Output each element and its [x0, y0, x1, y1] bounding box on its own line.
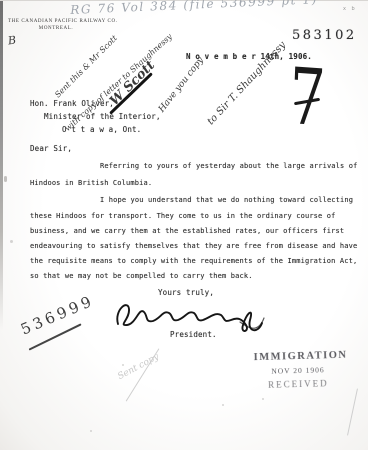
handwritten-file-number: 536999: [18, 291, 97, 338]
handwritten-initial: B: [7, 34, 17, 48]
letterhead-company: THE CANADIAN PACIFIC RAILWAY CO.: [8, 18, 104, 25]
scan-speck: [122, 364, 124, 366]
salutation: Dear Sir,: [30, 144, 72, 153]
body-line: these Hindoos for transport. They come t…: [30, 212, 336, 220]
body-line: I hope you understand that we do nothing…: [100, 196, 353, 204]
body-line: so that we may not be compelled to carry…: [30, 272, 253, 280]
body-line: the requisite means to comply with the r…: [30, 257, 357, 265]
recipient-city: O t t a w a, Ont.: [62, 125, 141, 134]
received-stamp-dept: IMMIGRATION: [254, 350, 342, 363]
received-stamp-received: RECEIVED: [254, 378, 342, 390]
scan-speck: [10, 240, 13, 243]
scanned-letter-page: RG 76 Vol 384 (file 536999 pt 1) x b THE…: [0, 0, 368, 450]
body-line: business, and we carry them at the estab…: [30, 227, 344, 235]
body-line: endeavouring to satisfy themselves that …: [30, 242, 357, 250]
scan-speck: [262, 398, 264, 400]
body-line: Hindoos in British Columbia.: [30, 179, 152, 187]
received-stamp-date: NOV 20 1906: [254, 365, 342, 376]
scan-edge-left: [0, 0, 3, 330]
recipient-title: Minister of the Interior,: [44, 112, 161, 121]
received-stamp: IMMIGRATION NOV 20 1906 RECEIVED: [254, 350, 343, 390]
scan-speck: [222, 404, 224, 406]
letterhead-city: MONTREAL.: [8, 25, 104, 32]
letterhead: THE CANADIAN PACIFIC RAILWAY CO. MONTREA…: [8, 18, 104, 32]
corner-marks: x b: [343, 6, 357, 12]
handwritten-page-number: 7: [288, 52, 327, 144]
serial-number-stamp: 583102: [292, 28, 357, 43]
archival-pencil-note: RG 76 Vol 384 (file 536999 pt 1): [70, 0, 318, 17]
scan-crease-line: [347, 388, 358, 435]
handwritten-scrawl: Have you copy: [157, 56, 206, 115]
signer-title: President.: [170, 330, 217, 339]
body-line: Referring to yours of yesterday about th…: [100, 162, 358, 170]
recipient-name: Hon. Frank Oliver,: [30, 99, 114, 108]
scan-speck: [90, 430, 92, 432]
scan-edge-mark: [4, 176, 7, 182]
